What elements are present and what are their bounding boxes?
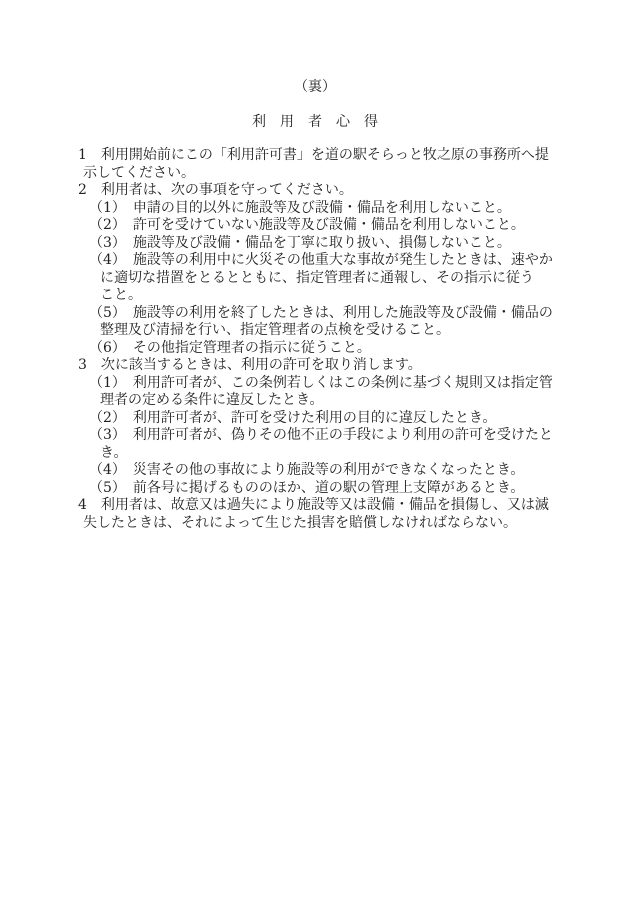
clause-2-item-3: （3） 施設等及び設備・備品を丁寧に取り扱い、損傷しないこと。 xyxy=(78,235,583,253)
clause-2: 2 利用者は、次の事項を守ってください。 xyxy=(78,182,583,200)
clause-3-item-1: （1） 利用許可者が、この条例若しくはこの条例に基づく規則又は指定管 理者の定め… xyxy=(78,375,583,410)
page-side-label: （裏） xyxy=(0,79,630,97)
clause-3-item-2: （2） 利用許可者が、許可を受けた利用の目的に違反したとき。 xyxy=(78,410,583,428)
clause-3-item-4: （4） 災害その他の事故により施設等の利用ができなくなったとき。 xyxy=(78,462,583,480)
clause-4: 4 利用者は、故意又は過失により施設等又は設備・備品を損傷し、又は滅 失したとき… xyxy=(78,497,583,532)
clause-3-item-5: （5） 前各号に掲げるもののほか、道の駅の管理上支障があるとき。 xyxy=(78,480,583,498)
document-body: 1 利用開始前にこの「利用許可書」を道の駅そらっと牧之原の事務所へ提 示してくだ… xyxy=(78,147,583,532)
clause-3: 3 次に該当するときは、利用の許可を取り消します。 xyxy=(78,357,583,375)
clause-1: 1 利用開始前にこの「利用許可書」を道の駅そらっと牧之原の事務所へ提 示してくだ… xyxy=(78,147,583,182)
clause-2-item-4: （4） 施設等の利用中に火災その他重大な事故が発生したときは、速やか に適切な措… xyxy=(78,252,583,305)
clause-2-item-1: （1） 申請の目的以外に施設等及び設備・備品を利用しないこと。 xyxy=(78,200,583,218)
clause-2-item-5: （5） 施設等の利用を終了したときは、利用した施設等及び設備・備品の 整理及び清… xyxy=(78,305,583,340)
clause-3-item-3: （3） 利用許可者が、偽りその他不正の手段により利用の許可を受けたと き。 xyxy=(78,427,583,462)
clause-2-item-2: （2） 許可を受けていない施設等及び設備・備品を利用しないこと。 xyxy=(78,217,583,235)
document-title: 利 用 者 心 得 xyxy=(0,114,630,132)
document-page: （裏） 利 用 者 心 得 1 利用開始前にこの「利用許可書」を道の駅そらっと牧… xyxy=(0,0,630,903)
clause-2-item-6: （6） その他指定管理者の指示に従うこと。 xyxy=(78,340,583,358)
